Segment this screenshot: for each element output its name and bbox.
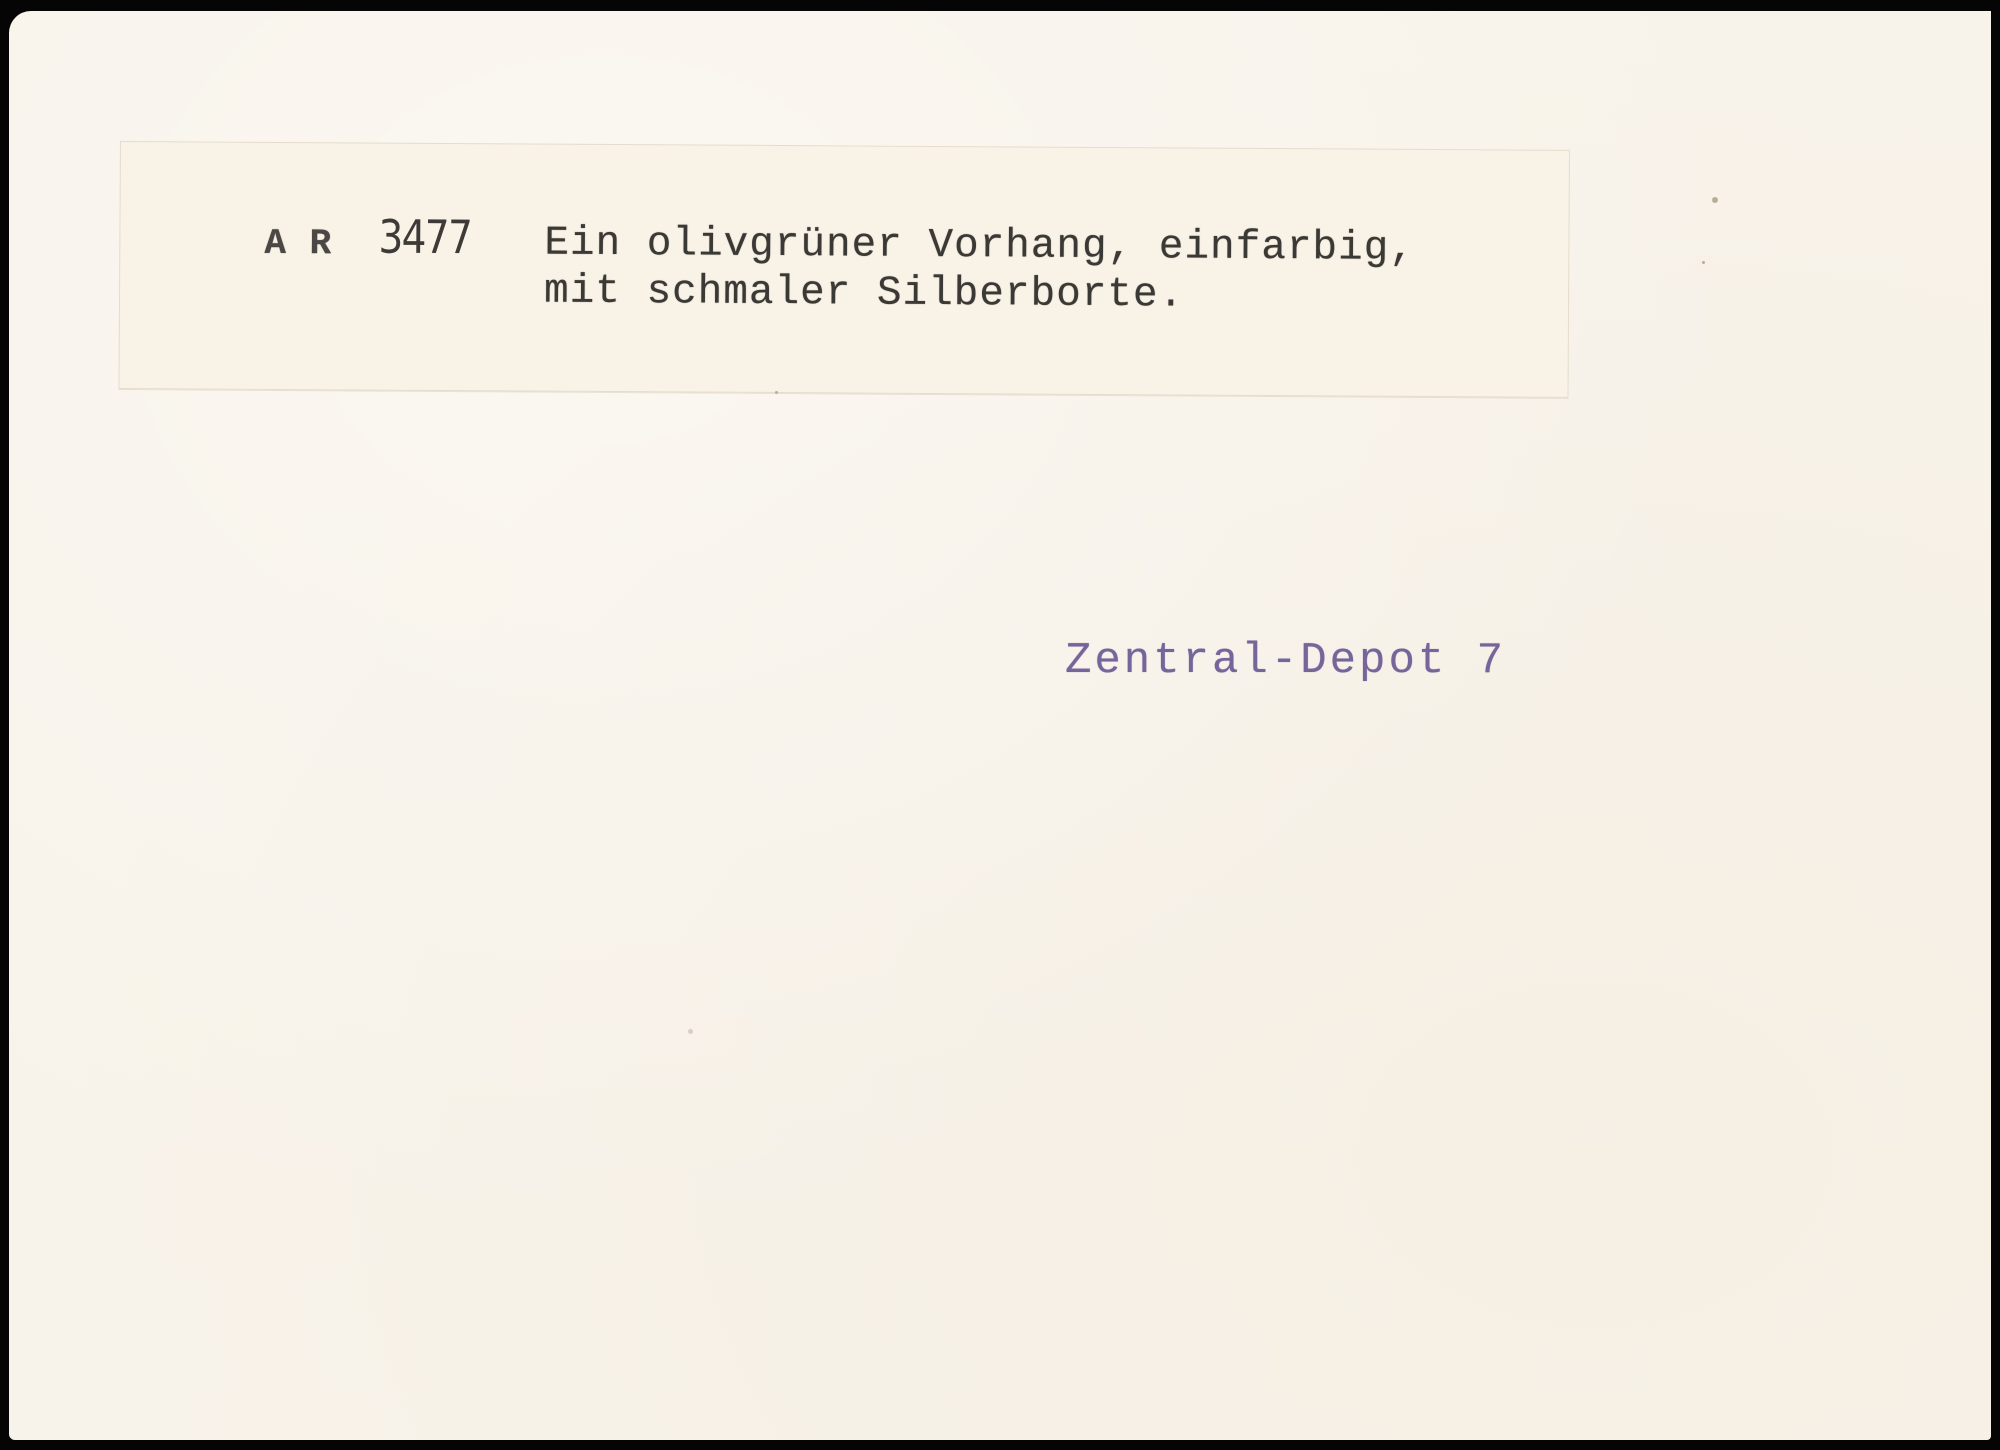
inventory-prefix: A R	[264, 215, 332, 273]
description-line-2: mit schmaler Silberborte.	[544, 263, 1184, 325]
typed-label-strip: A R 3477 Ein olivgrüner Vorhang, einfarb…	[118, 141, 1569, 398]
paper-speck	[688, 1029, 693, 1034]
inventory-number: 3477	[378, 208, 471, 267]
depot-stamp: Zentral-Depot 7	[1065, 631, 1506, 691]
paper-speck	[775, 391, 778, 394]
paper-speck	[1702, 261, 1705, 264]
paper-speck	[1712, 197, 1718, 203]
catalog-card: A R 3477 Ein olivgrüner Vorhang, einfarb…	[9, 11, 1991, 1440]
